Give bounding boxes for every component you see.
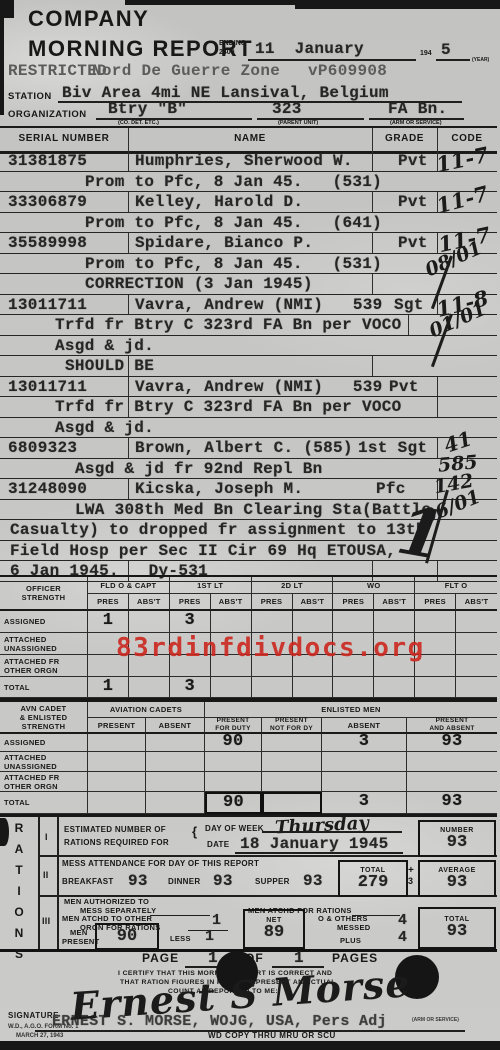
column-divider [128,479,129,499]
rations-roman-2: II [43,871,49,880]
roster-remark: SHOULD BE [65,358,154,374]
label-line: PRESENT [436,717,469,725]
organization-label: ORGANIZATION [8,110,87,120]
officer-header-line1: OFFICER [26,584,61,593]
date-label: DATE [207,841,229,849]
label-line: ATTACHED FR [4,773,60,782]
table-cell [146,792,205,814]
column-divider [372,233,373,253]
row-label-total: TOTAL [0,677,88,698]
form-reference-line-2: MARCH 27, 1943 [16,1033,63,1039]
group-2d-lt: 2D LT [252,577,334,594]
map-zone-field: Nord De Guerre Zone [92,63,280,79]
scan-edge-corner [0,0,14,18]
table-cell [407,752,497,772]
col-grade: GRADE [372,134,437,144]
officer-total-1lt-pres: 3 [170,677,211,698]
year-caption: (YEAR) [472,58,489,63]
roster-serial: 13011711 [8,297,87,313]
rations-estimated-label-2: RATIONS REQUIRED FOR [64,839,169,847]
table-cell [415,611,456,633]
column-divider [437,377,438,397]
roster-remark: LWA 308th Med Bn Clearing Sta(Battle [75,502,431,518]
number-value: 93 [447,834,467,851]
table-cell [415,677,456,698]
roster-remark: Trfd fr Btry C 323rd FA Bn per VOCO [55,399,402,415]
roster-serial: 35589998 [8,235,87,251]
o-and-others-value: 4 [398,913,407,928]
ending-time: 2400 [219,49,235,56]
rations-roman-3: III [42,917,50,926]
group-wo: WO [333,577,415,594]
table-cell [146,772,205,792]
group-aviation-cadets: AVIATION CADETS [88,702,205,718]
roster-row: Prom to Pfc, 8 Jan 45. (531) 08/01 [0,254,497,275]
roster-name: Spidare, Bianco P. [135,235,313,251]
supper-value: 93 [303,873,323,889]
table-cell [211,677,252,698]
table-cell [88,734,146,752]
row-label-attached-fr-other: ATTACHED FR OTHER ORGN [0,655,88,677]
year-typed-field: 5 [441,42,451,58]
rations-estimated-label-1: ESTIMATED NUMBER OF [64,826,166,834]
rations-roman-1: I [45,833,48,842]
table-cell [146,752,205,772]
table-cell [374,677,415,698]
roster-row: Asgd & jd. [0,418,497,439]
enlisted-assigned-present-for-duty: 90 [205,734,262,752]
column-divider [437,128,438,151]
enlisted-total-present-for-duty: 90 [205,792,262,814]
table-cell [262,734,322,752]
column-divider [372,151,373,171]
plus-value: 4 [398,930,407,945]
roster-remark: Field Hosp per Sec II Cir 69 Hq ETOUSA, [10,543,396,559]
subcol-pres: PRES [88,594,129,611]
rations-divider-v1 [38,817,40,949]
enlisted-strength-header: AVN CADET & ENLISTED STRENGTH [0,702,88,734]
o-and-others-label-2: MESSED [337,924,370,932]
org-arm-field: FA Bn. [388,101,447,117]
men-present-box: 90 [95,923,159,950]
breakfast-value: 93 [128,873,148,889]
average-value: 93 [447,874,467,891]
roster-grade: Sgt [394,297,424,313]
table-cell [129,677,170,698]
roster-grade: Pvt [398,235,428,251]
label-line: UNASSIGNED [4,762,57,771]
table-cell [205,752,262,772]
roster-row: 31381875 Humphries, Sherwood W. Pvt 11-7 [0,151,497,172]
table-cell [88,792,146,814]
group-flt-o: FLT O [415,577,497,594]
less-label: LESS [170,935,191,943]
roster-row: SHOULD BE [0,356,497,377]
column-divider [128,377,129,397]
column-divider [372,128,373,151]
table-cell [374,611,415,633]
roster-name: Vavra, Andrew (NMI) 539 [135,379,383,395]
label-line: & ENLISTED [20,713,68,722]
mess-attendance-label: MESS ATTENDANCE FOR DAY OF THIS REPORT [62,860,259,868]
column-divider [408,315,409,335]
roster-name: Vavra, Andrew (NMI) 539 [135,297,383,313]
roster-name: Brown, Albert C. (585) [135,440,353,456]
subcol-pres: PRES [415,594,456,611]
column-divider [128,233,129,253]
net-value: 89 [264,924,284,941]
rations-side-label: RATIONS [12,821,26,968]
roster-remark: CORRECTION (3 Jan 1945) [85,276,313,292]
form-reference-line-1: W.D., A.G.O. FORM No. 1 [8,1024,78,1030]
enlisted-assigned-absent: 3 [322,734,407,752]
roster-name: Humphries, Sherwood W. [135,153,353,169]
row-label-attached-fr-other: ATTACHED FR OTHER ORGN [0,772,88,792]
column-divider [372,192,373,212]
roster-remark: Prom to Pfc, 8 Jan 45. (531) [85,256,382,272]
roster-row: 6809323 Brown, Albert C. (585) 1st Sgt 4… [0,438,497,459]
day-underline [262,831,402,833]
roster-name: Kicska, Joseph M. [135,481,303,497]
roster-header: SERIAL NUMBER NAME GRADE CODE [0,126,497,153]
table-cell [129,611,170,633]
day-of-week-handwritten: Thursday [275,815,370,838]
enlisted-assigned-present-and-absent: 93 [407,734,497,752]
roster-remark: Asgd & jd. [55,420,154,436]
table-cell [88,772,146,792]
blank-underline [150,915,210,916]
subcol-abst: ABS'T [456,594,497,611]
table-cell [333,677,374,698]
subcol-present-not-for-duty: PRESENT NOT FOR DY [262,718,322,734]
officer-total-fldo-pres: 1 [88,677,129,698]
table-cell [293,611,334,633]
roster-grade: Pfc [376,481,406,497]
station-field: Biv Area 4mi NE Lansival, Belgium [62,85,389,101]
roster-row: 13011711 Vavra, Andrew (NMI) 539 Pvt [0,377,497,398]
roster-grade: Pvt [398,194,428,210]
roster-row: 13011711 Vavra, Andrew (NMI) 539 Sgt 11-… [0,295,497,316]
roster-row: Asgd & jd. [0,336,497,357]
average-box: AVERAGE 93 [418,860,496,897]
table-cell [211,611,252,633]
number-box: NUMBER 93 [418,820,496,857]
subcol-abst: ABS'T [374,594,415,611]
roster-serial: 31248090 [8,481,87,497]
enlisted-total-present-not-for-duty [262,792,322,814]
column-divider [437,397,438,417]
less-value: 1 [205,929,214,944]
label-line: PRESENT [275,717,308,725]
officer-assigned-fldo-pres: 1 [88,611,129,633]
subcol-cadets-present: PRESENT [88,718,146,734]
enlisted-strength-table: AVN CADET & ENLISTED STRENGTH AVIATION C… [0,700,497,816]
enlisted-total-absent: 3 [322,792,407,814]
table-cell [262,772,322,792]
table-cell [456,677,497,698]
men-authorized-label: MEN AUTHORIZED TO [64,898,149,906]
label-line: PRESENT [217,717,250,725]
roster-row: Prom to Pfc, 8 Jan 45. (531) [0,172,497,193]
group-1st-lt: 1ST LT [170,577,252,594]
subcol-abst: ABS'T [211,594,252,611]
table-cell [456,655,497,677]
rations-total-value: 93 [447,923,467,940]
col-name: NAME [128,134,372,144]
breakfast-label: BREAKFAST [62,878,114,886]
column-divider [128,128,129,151]
roster-remark: Prom to Pfc, 8 Jan 45. (531) [85,174,382,190]
roster-grade: Pvt [398,153,428,169]
rations-date-underline [235,852,403,854]
label-line: ATTACHED FR [4,657,60,666]
men-atchd-other-label-1: MEN ATCHD TO OTHER [62,915,152,923]
page-label: PAGE [142,952,179,964]
label-line: ATTACHED [4,635,47,644]
table-cell [407,772,497,792]
total-value: 279 [358,874,389,891]
roster-remark: Asgd & jd. [55,338,154,354]
scan-edge-top-right [295,0,500,9]
year-printed: 194 [420,50,432,57]
label-line: OTHER ORGN [4,782,58,791]
men-present-label-1: MEN [70,929,88,937]
label-line: NOT FOR DY [270,725,313,733]
table-cell [322,772,407,792]
roster-row: CORRECTION (3 Jan 1945) [0,274,497,295]
row-label-total: TOTAL [0,792,88,814]
roster-remark: Asgd & jd fr 92nd Repl Bn [75,461,323,477]
officer-assigned-1lt-pres: 3 [170,611,211,633]
year-underline [436,59,470,61]
roster-name: Kelley, Harold D. [135,194,303,210]
total-box: TOTAL 279 [338,860,408,897]
net-box: NET 89 [243,909,305,949]
rations-section: RATIONS I II III ESTIMATED NUMBER OF RAT… [0,815,497,952]
subcol-cadets-absent: ABSENT [146,718,205,734]
ending-label: ENDING [219,40,246,47]
o-and-others-label-1: O & OTHERS [318,915,368,923]
label-line: ATTACHED [4,753,47,762]
pages-number: 1 [294,950,304,966]
dinner-value: 93 [213,873,233,889]
org-parent-field: 323 [272,101,302,117]
group-fldo-capt: FLD O & CAPT [88,577,170,594]
label-line: UNASSIGNED [4,644,57,653]
table-cell [205,772,262,792]
roster-serial: 13011711 [8,379,87,395]
row-label-attached-unassigned: ATTACHED UNASSIGNED [0,752,88,772]
men-present-value: 90 [117,928,137,945]
column-divider [128,295,129,315]
table-cell [333,611,374,633]
supper-label: SUPPER [255,878,290,886]
wd-copy-route: WD COPY THRU MRU OR SCU [208,1032,336,1040]
rations-date-field: 18 January 1945 [240,836,389,852]
roster-serial: 31381875 [8,153,87,169]
divisor-three: 3 [408,877,413,886]
org-unit-field: Btry "B" [108,101,187,117]
signature-arm-caption: (ARM OR SERVICE) [412,1018,459,1023]
morning-report-page: COMPANY MORNING REPORT ENDING 2400 11 Ja… [0,0,500,1050]
col-serial-number: SERIAL NUMBER [0,134,128,144]
roster-serial: 33306879 [8,194,87,210]
roster-grade: Pvt [389,379,419,395]
subcol-pres: PRES [170,594,211,611]
subcol-pres: PRES [252,594,293,611]
men-atchd-other-value: 1 [212,913,221,928]
column-divider [128,438,129,458]
rations-divider-v2 [57,817,59,949]
map-coords-field: vP609908 [308,63,387,79]
subcol-abst: ABS'T [293,594,334,611]
roster-remark: Trfd fr Btry C 323rd FA Bn per VOCO [55,317,402,333]
table-cell [252,677,293,698]
table-cell [252,611,293,633]
subcol-abst: ABS'T [129,594,170,611]
table-cell [456,611,497,633]
table-cell [322,752,407,772]
station-label: STATION [8,92,52,102]
row-label-attached-unassigned: ATTACHED UNASSIGNED [0,633,88,655]
column-divider [128,192,129,212]
table-cell [262,752,322,772]
plus-label: PLUS [340,937,361,945]
form-title-line1: COMPANY [28,8,149,30]
table-cell [456,633,497,655]
dinner-label: DINNER [168,878,200,886]
scan-edge-bottom [0,1041,500,1050]
officer-strength-header: OFFICER STRENGTH [0,577,88,611]
table-cell [88,752,146,772]
roster-remark: Casualty) to dropped fr assignment to 13… [10,522,426,538]
brace: { [192,825,197,838]
label-line: AVN CADET [21,704,67,713]
day-of-week-label: DAY OF WEEK [205,825,264,833]
row-label-assigned: ASSIGNED [0,611,88,633]
subcol-pres: PRES [333,594,374,611]
roster-row: Trfd fr Btry C 323rd FA Bn per VOCO 01/0… [0,315,497,336]
men-present-label-2: PRESENT [62,938,100,946]
watermark: 83rdinfdivdocs.org [116,633,425,663]
roster-grade: 1st Sgt [358,440,427,456]
row-label-assigned: ASSIGNED [0,734,88,752]
enlisted-total-present-and-absent: 93 [407,792,497,814]
table-cell [293,677,334,698]
report-date-field: 11 January [255,41,364,57]
label-line: OTHER ORGN [4,666,58,675]
officer-header-line2: STRENGTH [22,593,66,602]
table-cell [146,734,205,752]
group-enlisted-men: ENLISTED MEN [205,702,497,718]
roster-row: Asgd & jd fr 92nd Repl Bn 585 [0,459,497,480]
divisor-plus: + [408,866,414,876]
date-underline [248,59,416,61]
column-divider [372,274,373,294]
label-line: STRENGTH [22,722,66,731]
roster-row: Prom to Pfc, 8 Jan 45. (641) [0,213,497,234]
roster-row: Trfd fr Btry C 323rd FA Bn per VOCO [0,397,497,418]
roster-remark: Prom to Pfc, 8 Jan 45. (641) [85,215,382,231]
column-divider [128,151,129,171]
roster-row: 35589998 Spidare, Bianco P. Pvt 11-7 [0,233,497,254]
rations-total-box: TOTAL 93 [418,907,496,949]
roster-row: 33306879 Kelley, Harold D. Pvt 11-7 [0,192,497,213]
roster-serial: 6809323 [8,440,77,456]
column-divider [372,356,373,376]
col-code: CODE [437,134,497,144]
